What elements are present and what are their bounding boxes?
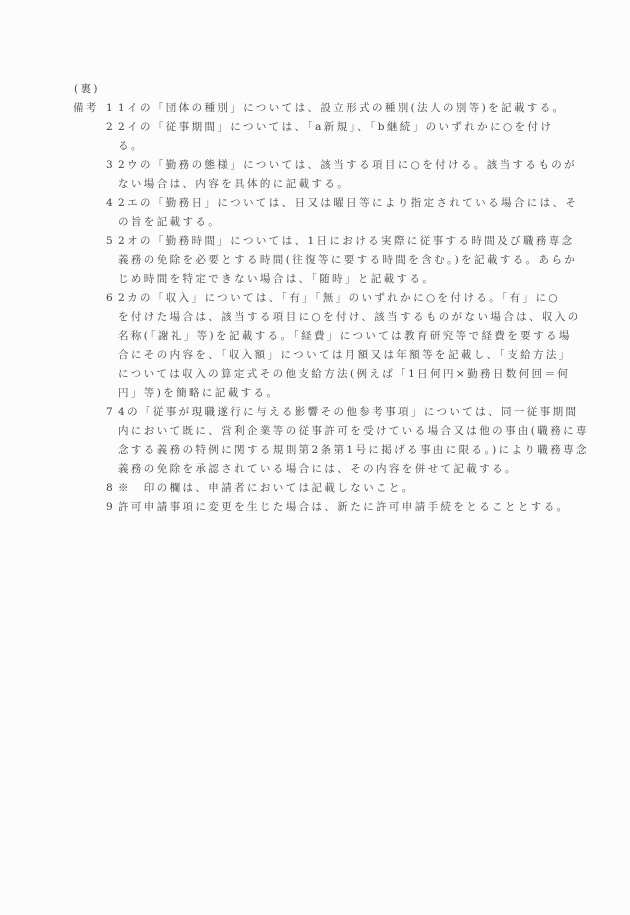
- remarks-section: 備考 11イの「団体の種別」については、設立形式の種別(法人の別等)を記載する。…: [73, 99, 589, 517]
- item-text-line: る。: [118, 137, 553, 156]
- item-number: 5: [106, 232, 118, 251]
- remarks-item: 9許可申請事項に変更を生じた場合は、新たに許可申請手続をとることとする。: [106, 498, 589, 517]
- item-text-line: 2イの「従事期間」については、「a新規」、「b継続」のいずれかに○を付け: [118, 118, 553, 137]
- item-number: 9: [106, 498, 118, 517]
- remarks-item: 52オの「勤務時間」については、1日における実際に従事する時間及び職務専念義務の…: [106, 232, 589, 289]
- item-text-line: 4の「従事が現職遂行に与える影響その他参考事項」については、同一従事期間: [118, 403, 589, 422]
- item-text-line: 合にその内容を、「収入額」については月額又は年額等を記載し、「支給方法」: [118, 346, 581, 365]
- item-text-line: 1イの「団体の種別」については、設立形式の種別(法人の別等)を記載する。: [118, 99, 566, 118]
- item-text: ※ 印の欄は、申請者においては記載しないこと。: [118, 479, 415, 498]
- item-text-line: 2カの「収入」については、「有」「無」のいずれかに○を付ける。「有」に○: [118, 289, 581, 308]
- item-number: 1: [106, 99, 118, 118]
- item-text-line: を付けた場合は、該当する項目に○を付け、該当するものがない場合は、収入の: [118, 308, 581, 327]
- item-text: 2ウの「勤務の態様」については、該当する項目に○を付ける。該当するものがない場合…: [118, 156, 577, 194]
- item-number: 4: [106, 194, 118, 213]
- item-text-line: 内において既に、営利企業等の従事許可を受けている場合又は他の事由(職務に専: [118, 422, 589, 441]
- item-text-line: 義務の免除を承認されている場合には、その内容を併せて記載する。: [118, 460, 589, 479]
- remarks-label: 備考: [73, 99, 106, 118]
- remarks-item: 8※ 印の欄は、申請者においては記載しないこと。: [106, 479, 589, 498]
- remarks-item: 32ウの「勤務の態様」については、該当する項目に○を付ける。該当するものがない場…: [106, 156, 589, 194]
- remarks-item: 74の「従事が現職遂行に与える影響その他参考事項」については、同一従事期間内にお…: [106, 403, 589, 479]
- item-text-line: じめ時間を特定できない場合は、「随時」と記載する。: [118, 270, 577, 289]
- item-number: 6: [106, 289, 118, 308]
- item-text-line: の旨を記載する。: [118, 213, 578, 232]
- remarks-item: 42エの「勤務日」については、日又は曜日等により指定されている場合には、その旨を…: [106, 194, 589, 232]
- item-text: 1イの「団体の種別」については、設立形式の種別(法人の別等)を記載する。: [118, 99, 566, 118]
- item-text: 2イの「従事期間」については、「a新規」、「b継続」のいずれかに○を付ける。: [118, 118, 553, 156]
- item-text-line: 2エの「勤務日」については、日又は曜日等により指定されている場合には、そ: [118, 194, 578, 213]
- item-text-line: 許可申請事項に変更を生じた場合は、新たに許可申請手続をとることとする。: [118, 498, 570, 517]
- remarks-items: 11イの「団体の種別」については、設立形式の種別(法人の別等)を記載する。22イ…: [106, 99, 589, 517]
- item-text-line: 円」等)を簡略に記載する。: [118, 384, 581, 403]
- item-number: 7: [106, 403, 118, 422]
- item-text: 許可申請事項に変更を生じた場合は、新たに許可申請手続をとることとする。: [118, 498, 570, 517]
- remarks-item: 22イの「従事期間」については、「a新規」、「b継続」のいずれかに○を付ける。: [106, 118, 589, 156]
- remarks-item: 62カの「収入」については、「有」「無」のいずれかに○を付ける。「有」に○を付け…: [106, 289, 589, 403]
- remarks-item: 11イの「団体の種別」については、設立形式の種別(法人の別等)を記載する。: [106, 99, 589, 118]
- item-text-line: 2ウの「勤務の態様」については、該当する項目に○を付ける。該当するものが: [118, 156, 577, 175]
- document-page: (裏) 備考 11イの「団体の種別」については、設立形式の種別(法人の別等)を記…: [0, 0, 630, 915]
- item-text-line: 名称(「謝礼」等)を記載する。「経費」については教育研究等で経費を要する場: [118, 327, 581, 346]
- item-text: 2エの「勤務日」については、日又は曜日等により指定されている場合には、その旨を記…: [118, 194, 578, 232]
- item-number: 2: [106, 118, 118, 137]
- item-text: 2オの「勤務時間」については、1日における実際に従事する時間及び職務専念義務の免…: [118, 232, 577, 289]
- item-number: 8: [106, 479, 118, 498]
- item-text: 4の「従事が現職遂行に与える影響その他参考事項」については、同一従事期間内におい…: [118, 403, 589, 479]
- item-text-line: ない場合は、内容を具体的に記載する。: [118, 175, 577, 194]
- item-text-line: 念する義務の特例に関する規則第2条第1号に掲げる事由に限る。)により職務専念: [118, 441, 589, 460]
- item-number: 3: [106, 156, 118, 175]
- page-side-label: (裏): [74, 80, 100, 99]
- item-text-line: 2オの「勤務時間」については、1日における実際に従事する時間及び職務専念: [118, 232, 577, 251]
- item-text-line: ※ 印の欄は、申請者においては記載しないこと。: [118, 479, 415, 498]
- item-text-line: については収入の算定式その他支給方法(例えば「1日何円×勤務日数何回＝何: [118, 365, 581, 384]
- item-text: 2カの「収入」については、「有」「無」のいずれかに○を付ける。「有」に○を付けた…: [118, 289, 581, 403]
- item-text-line: 義務の免除を必要とする時間(往復等に要する時間を含む。)を記載する。あらか: [118, 251, 577, 270]
